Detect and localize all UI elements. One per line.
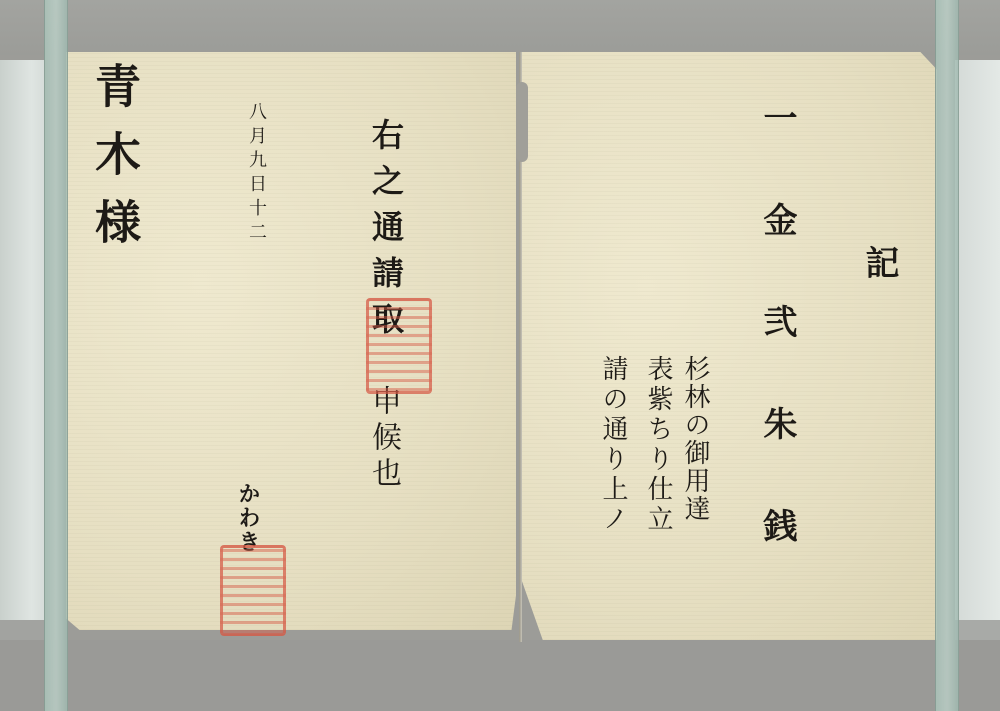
background-right <box>955 60 1000 620</box>
paper-tear <box>516 82 528 162</box>
heading-ki: 記 <box>862 245 896 279</box>
detail-column-3: 請の通り上ノ <box>600 355 626 535</box>
glass-panel-left <box>44 0 68 711</box>
date-column: 八月九日十二 <box>247 102 265 246</box>
background-left <box>0 60 45 620</box>
glass-panel-right <box>935 0 959 711</box>
detail-column-1: 杉林の御用達 <box>682 355 708 523</box>
red-seal-stamp <box>220 545 286 636</box>
background-bottom <box>0 640 1000 711</box>
background-top <box>0 0 1000 55</box>
item-line: 一 金 弐 朱 銭 <box>760 100 794 556</box>
signature: かわき <box>237 482 259 554</box>
red-seal-stamp <box>366 298 432 394</box>
addressee: 青木様 <box>92 62 138 266</box>
detail-column-2: 表紫ちり仕立 <box>645 355 671 535</box>
closing-text: 申候也 <box>368 385 398 493</box>
document-right-leaf <box>522 52 937 640</box>
